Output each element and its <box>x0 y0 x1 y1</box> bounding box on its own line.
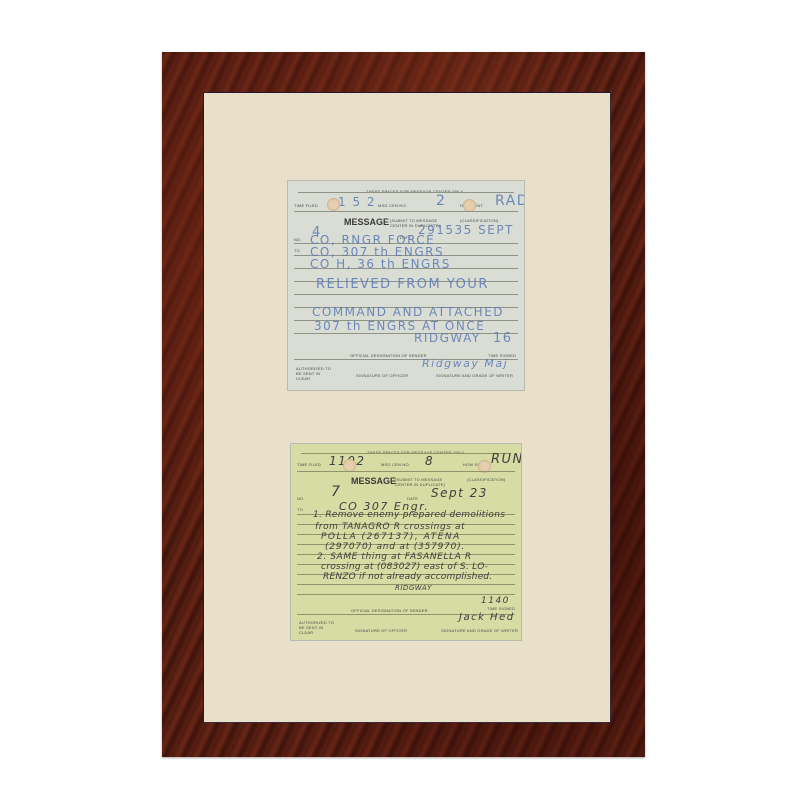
writer-signature: Ridgway Maj <box>422 357 508 370</box>
signature-writer-label: SIGNATURE AND GRADE OF WRITER <box>441 628 518 633</box>
time-filed-label: TIME FILED <box>294 203 318 208</box>
form-title: MESSAGE <box>351 476 396 486</box>
to-label: TO <box>294 248 300 253</box>
body-line: (297070) and at (357970). <box>325 542 465 552</box>
signature-officer-label: SIGNATURE OF OFFICER <box>355 628 407 633</box>
official-designation-label: OFFICIAL DESIGNATION OF SENDER <box>351 608 428 613</box>
time-filed-label: TIME FILED <box>297 462 321 467</box>
classification-label: (CLASSIFICATION) <box>467 477 505 482</box>
to-line: CO H, 36 th ENGRS <box>310 257 451 271</box>
body-line: 1. Remove enemy prepared demolitions <box>313 510 505 520</box>
punch-hole <box>327 198 340 211</box>
time-signed-label: TIME SIGNED <box>487 606 515 611</box>
body-line: COMMAND AND ATTACHED <box>312 305 504 319</box>
signature-text: RIDGWAY <box>395 584 432 592</box>
to-label: TO <box>297 507 303 512</box>
time-filed-value: 1 5 2 <box>338 195 376 209</box>
body-line: crossing at (083027) east of S. LO- <box>321 562 488 572</box>
msg-cen-value: 2 <box>436 193 446 209</box>
body-line: POLLA (267137), ATENA <box>321 532 461 542</box>
official-designation-label: OFFICIAL DESIGNATION OF SENDER <box>350 353 427 358</box>
msg-cen-value: 8 <box>425 454 434 468</box>
msg-cen-label: MSG CEN NO. <box>381 462 410 467</box>
body-line: from TANAGRO R crossings at <box>315 522 465 532</box>
body-line: 2. SAME thing at FASANELLA R <box>317 552 472 562</box>
no-label: No. <box>297 496 305 501</box>
how-sent-value: RUN <box>491 452 522 467</box>
form-title: MESSAGE <box>344 217 389 227</box>
msg-cen-label: MSG CEN NO. <box>378 203 407 208</box>
how-sent-value: RAD <box>495 193 525 209</box>
signature-writer-label: SIGNATURE AND GRADE OF WRITER <box>436 373 513 378</box>
authorized-label: AUTHORIZED TO BE SENT IN CLEAR <box>299 620 337 635</box>
authorized-label: AUTHORIZED TO BE SENT IN CLEAR <box>296 366 334 381</box>
no-value: 7 <box>331 484 341 500</box>
message-form-1: THESE SPACES FOR MESSAGE CENTER ONLY TIM… <box>287 180 525 391</box>
body-line: RENZO if not already accomplished. <box>323 572 492 582</box>
message-form-2: THESE SPACES FOR MESSAGE CENTER ONLY TIM… <box>290 443 522 641</box>
time-signed-value: 1140 <box>481 596 510 606</box>
no-label: No. <box>294 237 302 242</box>
writer-signature: Jack Hed <box>459 612 515 623</box>
signature-officer-label: SIGNATURE OF OFFICER <box>356 373 408 378</box>
signature-text: RIDGWAY <box>414 331 481 345</box>
body-line: RELIEVED FROM YOUR <box>316 277 489 292</box>
date-value: Sept 23 <box>431 486 488 500</box>
time-signed-value: 16 <box>493 331 513 346</box>
